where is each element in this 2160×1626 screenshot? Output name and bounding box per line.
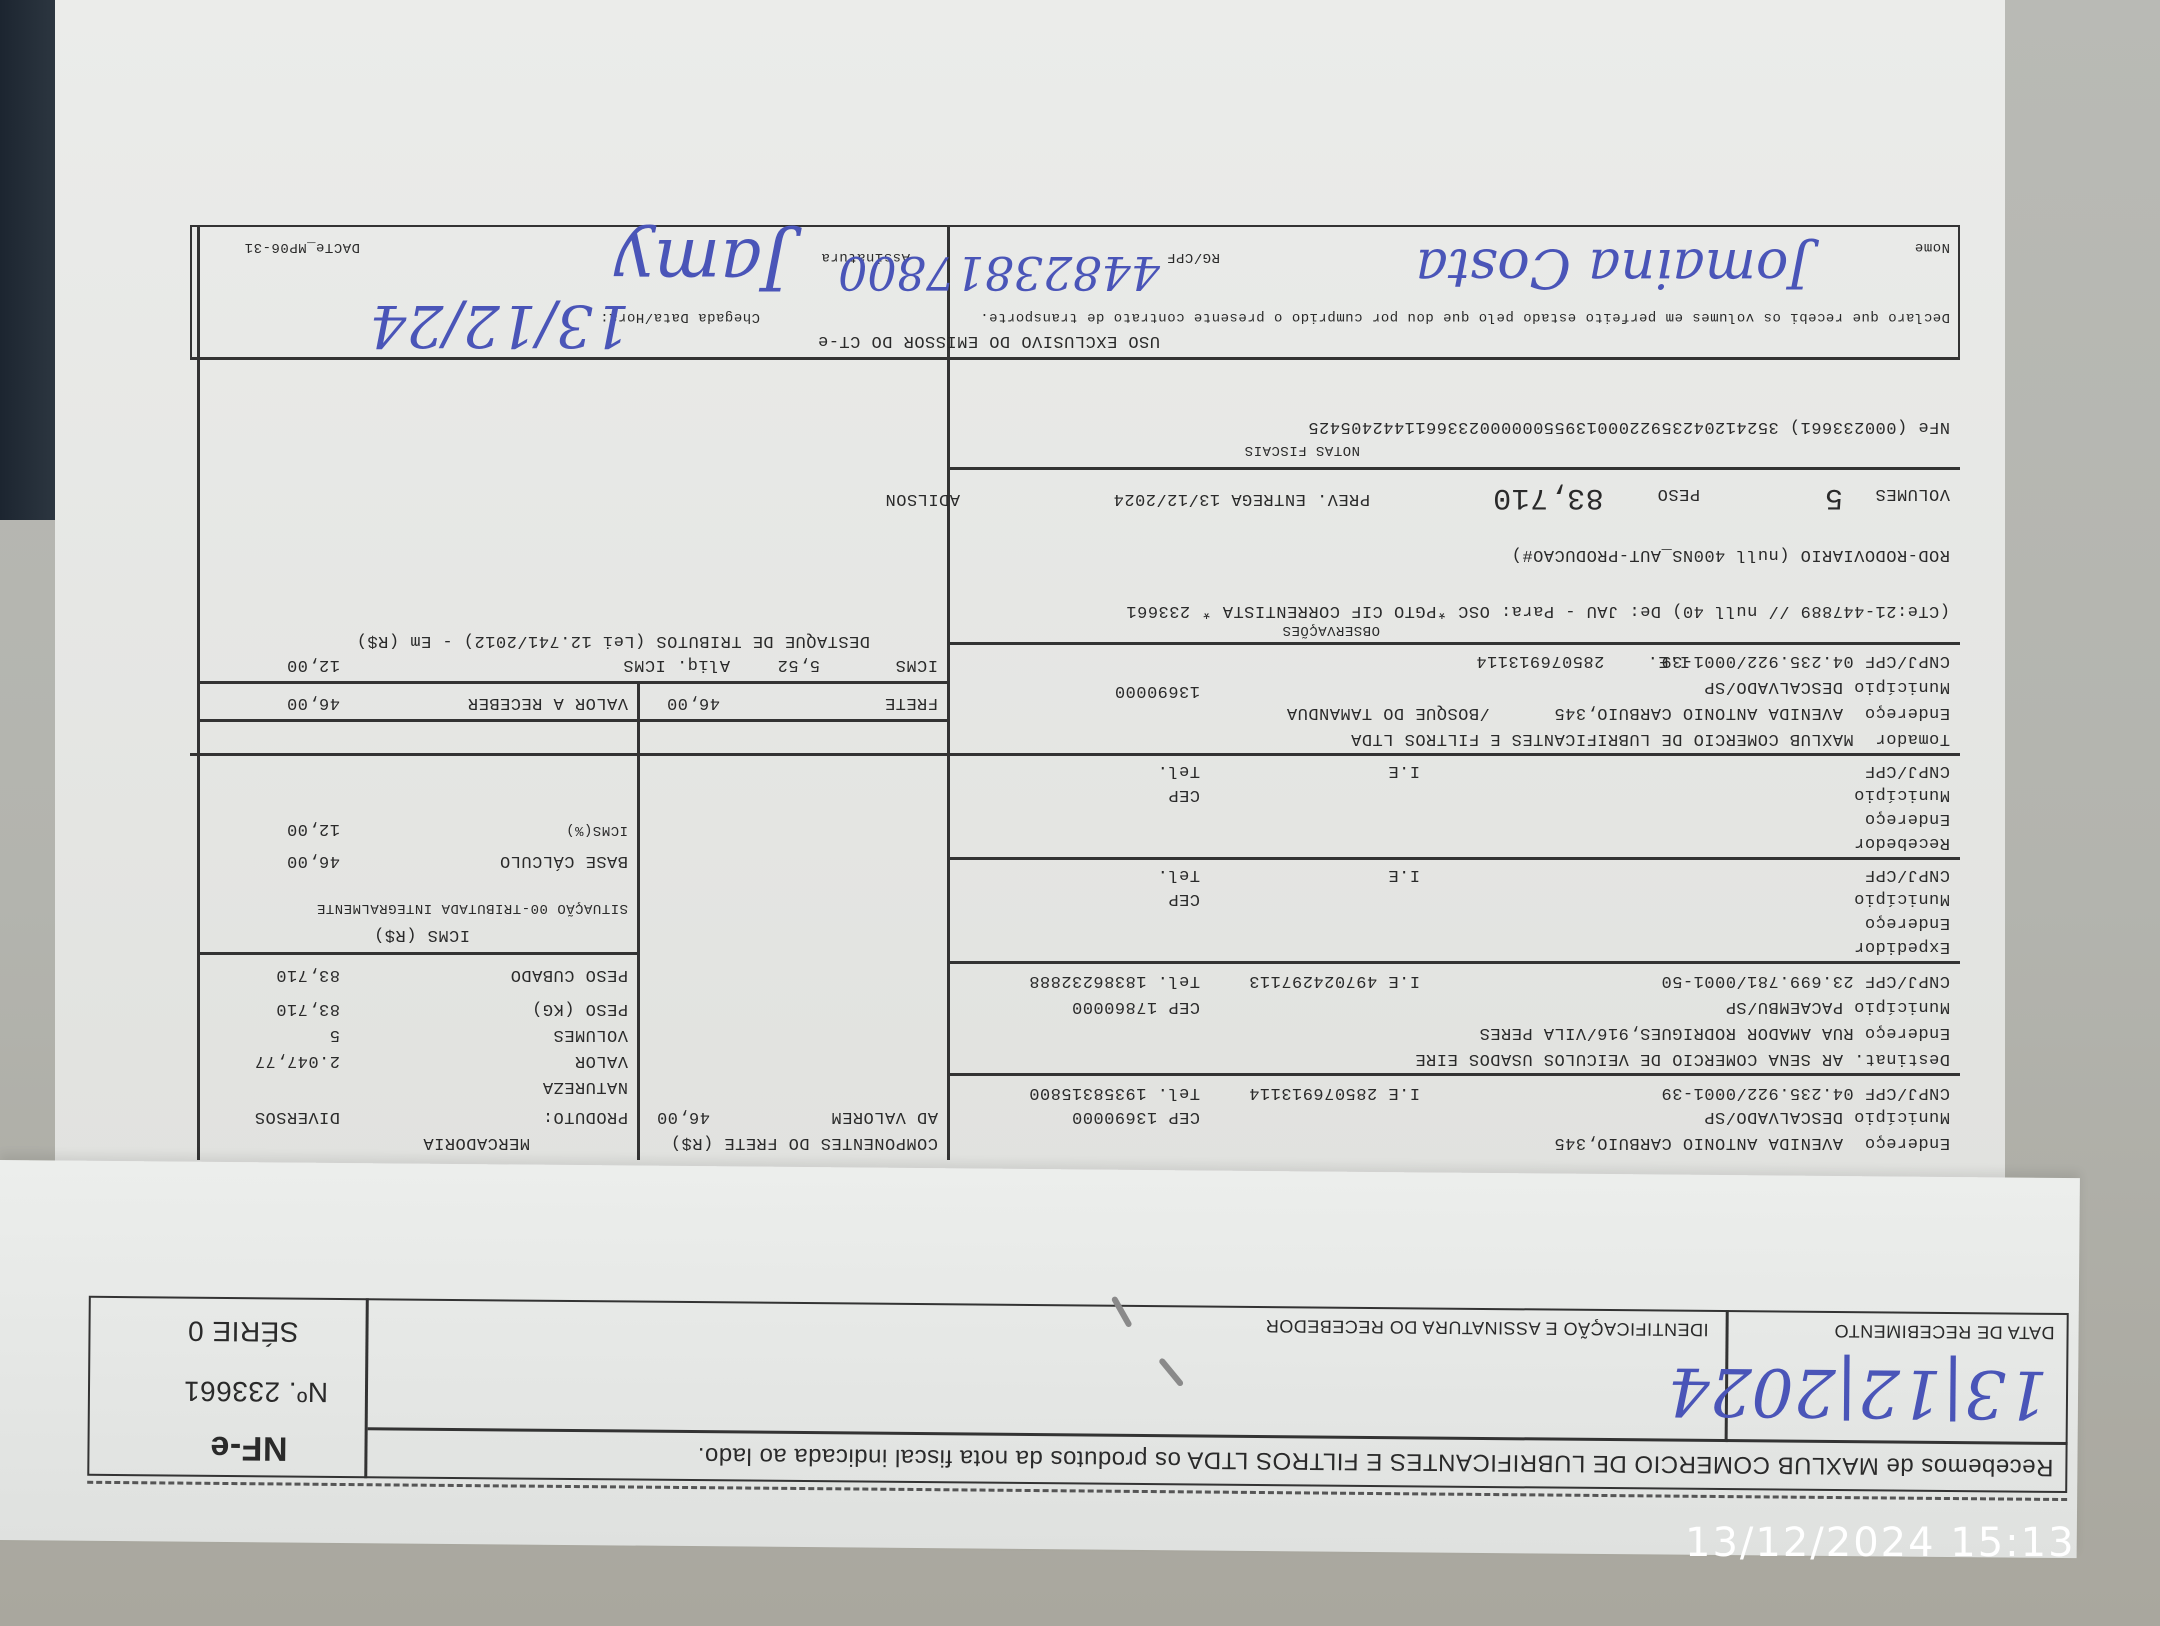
expedidor-label: Expedidor (1854, 937, 1950, 956)
observacoes-line1: (CTe:21-447889 // null 40) De: JAU - Par… (1126, 601, 1950, 620)
peso-cubado-label: PESO CUBADO (510, 965, 628, 984)
remetente-cep: CEP 13690000 (1072, 1107, 1200, 1126)
tributos-aliq-label: Aliq. ICMS (623, 655, 730, 674)
base-calculo-value: 46,00 (286, 851, 340, 870)
icms-aliq-value: 12,00 (286, 819, 340, 838)
destinatario-municipio: Município PACAEMBU/SP (1725, 997, 1950, 1016)
mercadoria-label: MERCADORIA (423, 1133, 530, 1152)
nfe-id-label: IDENTIFICAÇÃO E ASSINATURA DO RECEBEDOR (1265, 1315, 1708, 1340)
tomador-cep: 13690000 (1114, 681, 1200, 700)
volumes-summary: VOLUMES 5 (1824, 480, 1950, 514)
expedidor-cep-label: CEP (1168, 889, 1200, 908)
natureza-label: NATUREZA (542, 1077, 628, 1096)
expedidor-cnpj-label: CNPJ/CPF (1864, 865, 1950, 884)
driver-name: ADILSON (885, 489, 960, 508)
expedidor-municipio-label: Município (1854, 889, 1950, 908)
tomador-endereco: Endereço AVENIDA ANTONIO CARBUIO,345 /BO… (1286, 703, 1950, 722)
volumes-value: 5 (329, 1025, 340, 1044)
recebedor-label: Recebedor (1854, 833, 1950, 852)
valor-label: VALOR (574, 1051, 628, 1070)
remetente-municipio: Município DESCALVADO/SP (1704, 1107, 1950, 1126)
ad-valorem-label: AD VALOREM (831, 1107, 938, 1126)
componentes-heading: COMPONENTES DO FRETE (R$) (670, 1133, 938, 1152)
recebedor-ie-label: I.E (1388, 761, 1420, 780)
destinatario-endereco: Endereço RUA AMADOR RODRIGUES,916/VILA P… (1479, 1023, 1950, 1042)
icms-situacao: SITUAÇÃO 00-TRIBUTADA INTEGRALMENTE (316, 900, 628, 916)
remetente-ie: I.E 285076913114 (1249, 1083, 1420, 1102)
background-object (0, 0, 55, 520)
icms-aliq-label: ICMS(%) (566, 822, 628, 838)
peso-summary: PESO 83,710 (1493, 480, 1700, 514)
destinatario-cep: CEP 17860000 (1072, 997, 1200, 1016)
destinatario-cnpj: CNPJ/CPF 23.699.781/0001-50 (1661, 971, 1950, 990)
observacoes-heading: OBSERVAÇÕES (1282, 622, 1380, 638)
volumes-label: VOLUMES (553, 1025, 628, 1044)
peso-kg-value: 83,710 (276, 999, 340, 1018)
expedidor-tel-label: Tel. (1157, 865, 1200, 884)
destinatario-tel: Tel. 18386232888 (1029, 971, 1200, 990)
valor-receber-value: 46,00 (286, 693, 340, 712)
tomador-cnpj: CNPJ/CPF 04.235.922/0001-39 (1661, 651, 1950, 670)
tributos-aliq-value: 12,00 (286, 655, 340, 674)
base-calculo-label: BASE CÁLCULO (500, 851, 628, 870)
destinatario-ie: I.E 497024297113 (1249, 971, 1420, 990)
icms-heading: ICMS (R$) (374, 925, 470, 944)
handwritten-arrival-date: 13/12/24 (370, 292, 631, 360)
tributos-icms-label: ICMS (895, 655, 938, 674)
tomador-name: Tomador MAXLUB COMERCIO DE LUBRIFICANTES… (1351, 729, 1950, 748)
photo-timestamp: 13/12/2024 15:13 (1685, 1520, 2076, 1566)
nfe-entry: NFe (000233661) 352412042359220001395500… (1308, 417, 1950, 436)
peso-cubado-value: 83,710 (276, 965, 340, 984)
peso-kg-label: PESO (KG) (532, 999, 628, 1018)
tributos-heading: DESTAQUE DE TRIBUTOS (Lei 12.741/2012) -… (356, 631, 870, 650)
nfe-doc-type: NF-e (210, 1428, 288, 1468)
expedidor-ie-label: I.E (1388, 865, 1420, 884)
destinatario-name: Destinat. AR SENA COMERCIO DE VEICULOS U… (1415, 1049, 1950, 1068)
observacoes-line2: ROD-RODOVIARIO (null 400NS_AUT-PRODUCAO#… (1511, 545, 1950, 564)
nfe-number: Nº. 233661 (183, 1375, 328, 1408)
remetente-cnpj: CNPJ/CPF 04.235.922/0001-39 (1661, 1083, 1950, 1102)
nfe-date-label: DATA DE RECEBIMENTO (1834, 1320, 2055, 1343)
valor-value: 2.047,77 (254, 1051, 340, 1070)
handwritten-name: Jomaina Costa (1416, 237, 1810, 300)
frete-value: 46,00 (666, 693, 720, 712)
expedidor-endereco-label: Endereço (1864, 913, 1950, 932)
remetente-endereco: Endereço AVENIDA ANTONIO CARBUIO,345 (1554, 1133, 1950, 1152)
frete-label: FRETE (884, 693, 938, 712)
produto-value: DIVERSOS (254, 1107, 340, 1126)
nfe-handwritten-date: 13|12|2024 (1667, 1353, 2048, 1433)
previsao-entrega: PREV. ENTREGA 13/12/2024 (1113, 489, 1370, 508)
dacte-form: Endereço AVENIDA ANTONIO CARBUIO,345 Mun… (190, 225, 1960, 1160)
tomador-ie: I.E. 285076913114 (1476, 651, 1690, 670)
recebedor-municipio-label: Município (1854, 785, 1950, 804)
valor-receber-label: VALOR A RECEBER (467, 693, 628, 712)
nfe-receipt-slip: Recebemos de MAXLUB COMERCIO DE LUBRIFIC… (0, 1160, 2080, 1558)
handwritten-signature: Jamy (614, 223, 790, 305)
nfe-serie: SÉRIE 0 (187, 1315, 298, 1348)
ad-valorem-value: 46,00 (656, 1107, 710, 1126)
nfe-canhoto: Recebemos de MAXLUB COMERCIO DE LUBRIFIC… (87, 1296, 2068, 1493)
recebedor-cnpj-label: CNPJ/CPF (1864, 761, 1950, 780)
handwritten-rg-cpf: 44823817800 (838, 246, 1160, 300)
recebedor-endereco-label: Endereço (1864, 809, 1950, 828)
recebedor-cep-label: CEP (1168, 785, 1200, 804)
remetente-tel: Tel. 19358315800 (1029, 1083, 1200, 1102)
tributos-icms-rate: 5,52 (777, 655, 820, 674)
tomador-municipio: Município DESCALVADO/SP (1704, 677, 1950, 696)
recebedor-tel-label: Tel. (1157, 761, 1200, 780)
produto-label: PRODUTO: (542, 1107, 628, 1126)
notas-fiscais-heading: NOTAS FISCAIS (1244, 442, 1360, 458)
